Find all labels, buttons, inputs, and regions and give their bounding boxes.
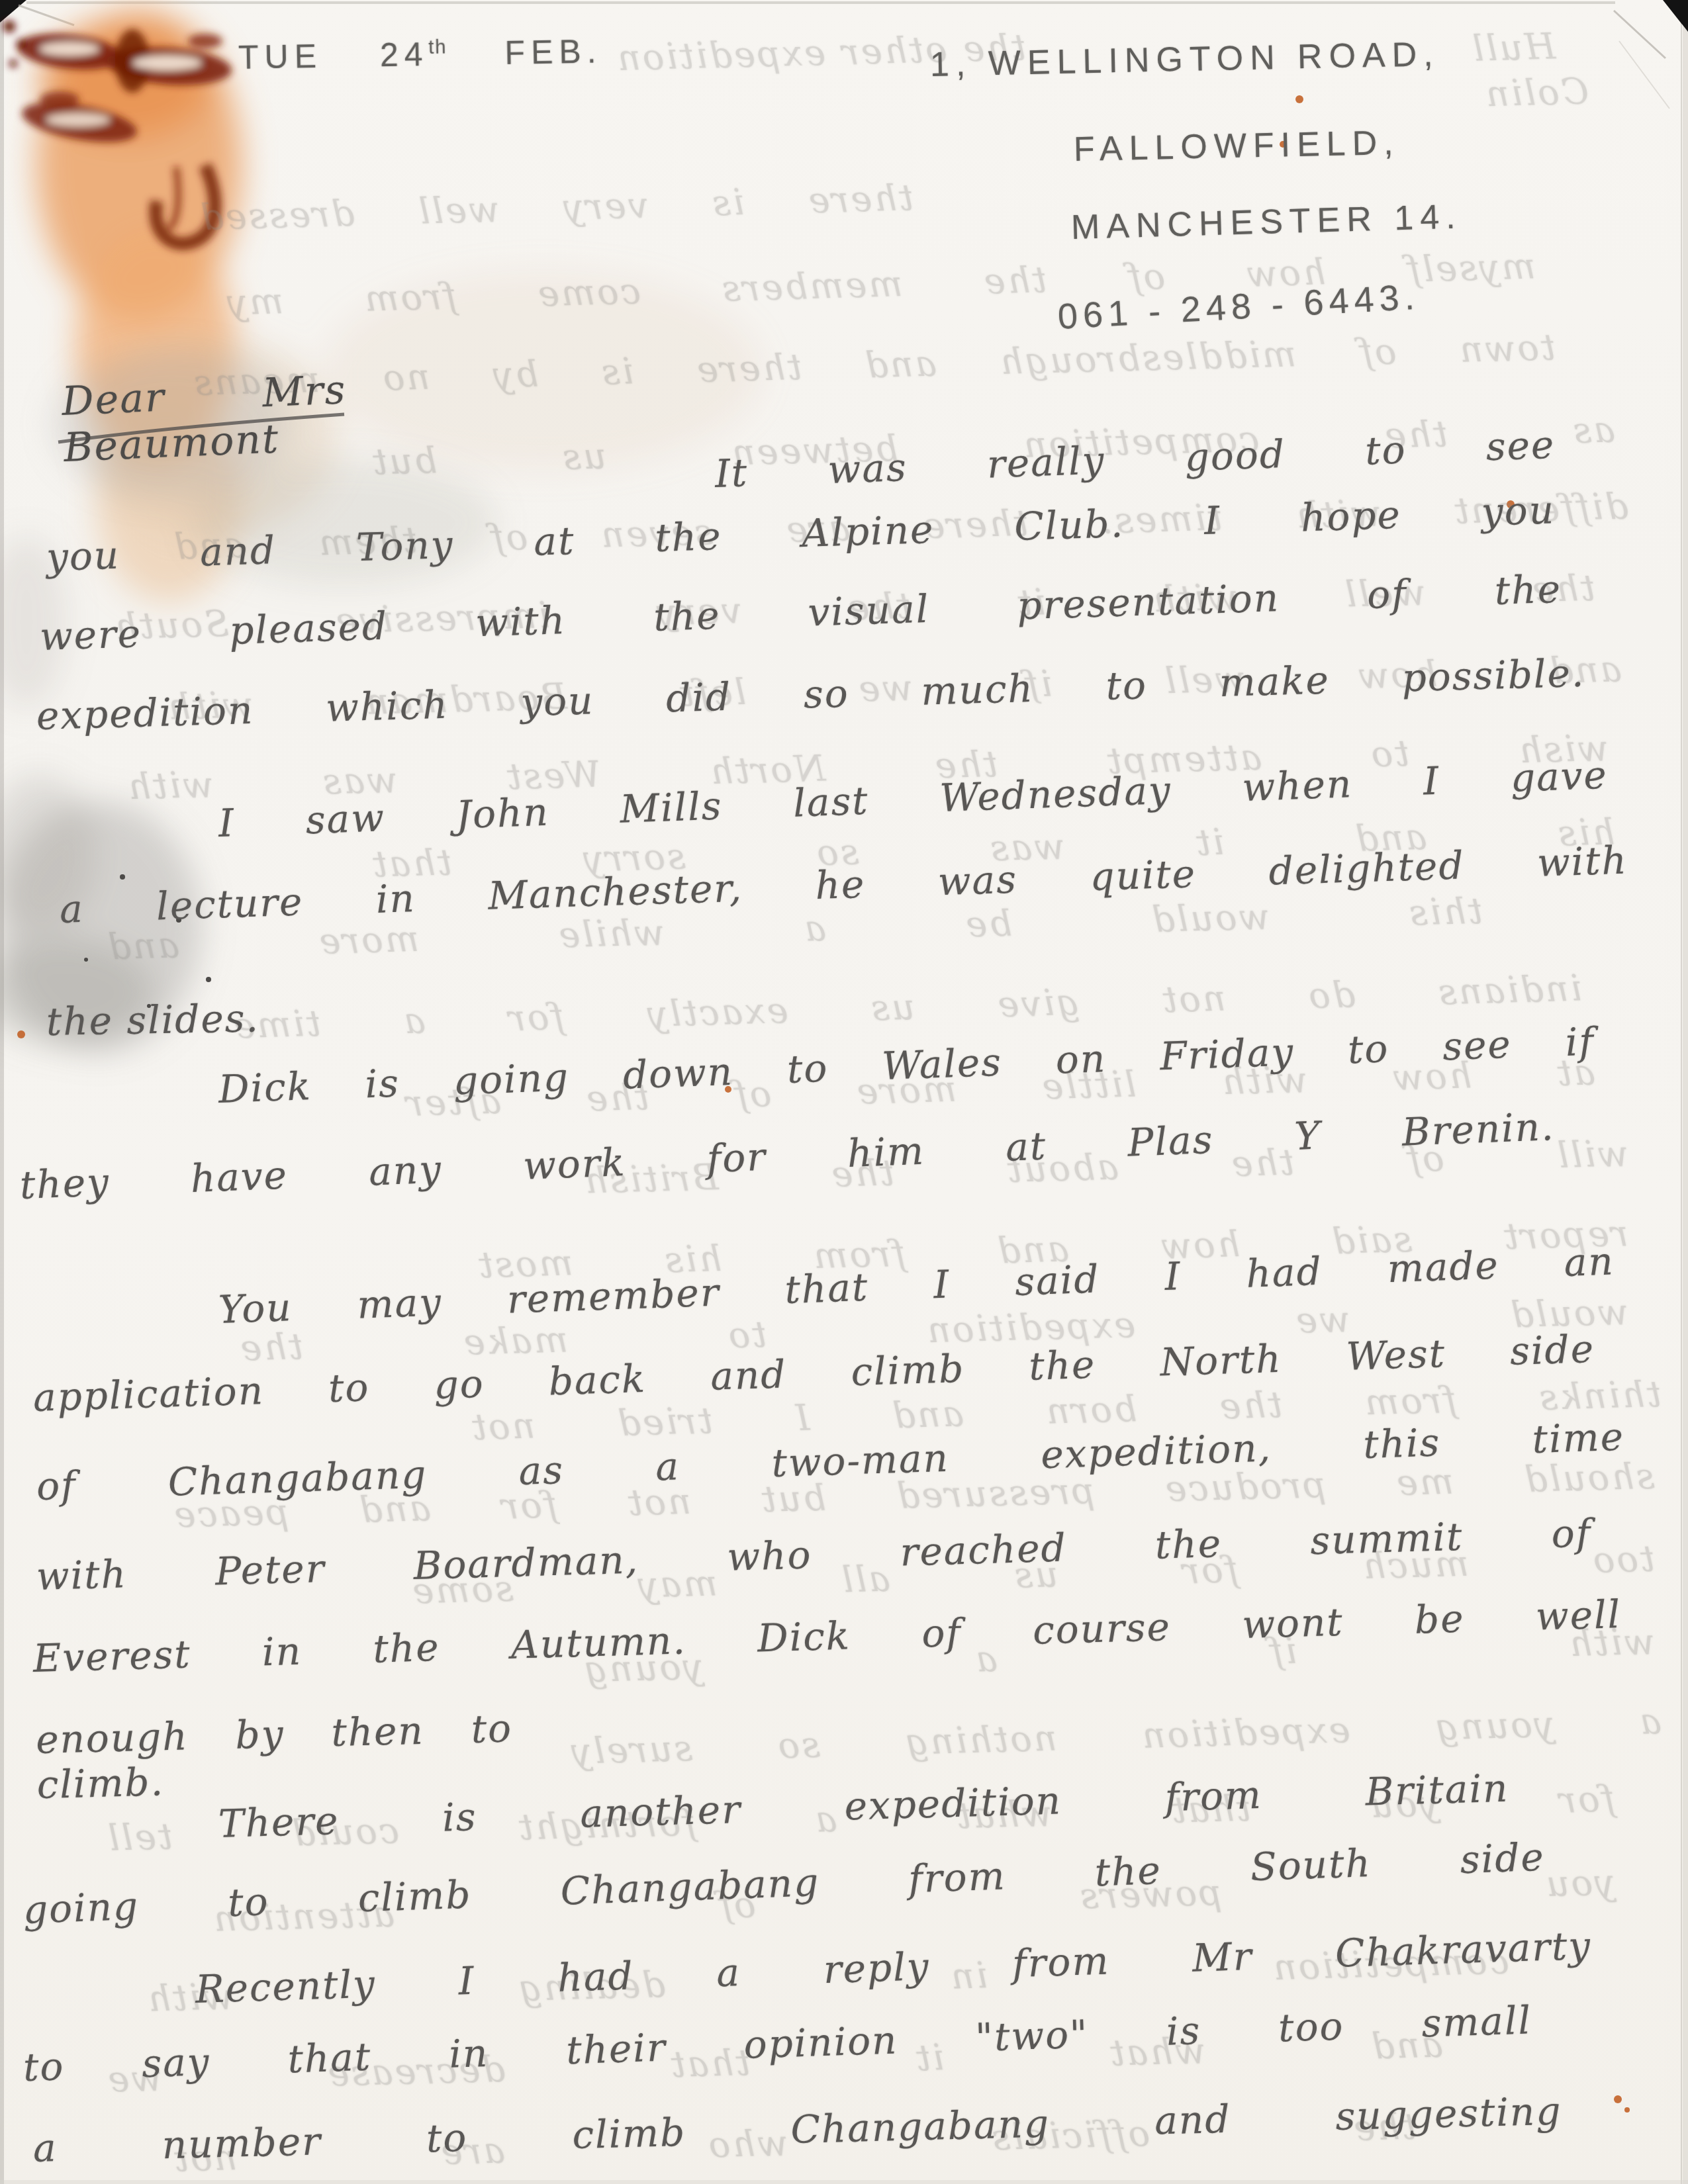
corner-fold-top-right: [1663, 0, 1688, 32]
corner-fold-top-left: [0, 0, 26, 23]
bleedthrough-line: town of middlesbrough and there is by no…: [192, 326, 1556, 404]
body-line: you and Tony at the Alpine Club. I hope …: [46, 487, 1556, 580]
bleedthrough-line: there is very well dressed: [198, 177, 914, 238]
body-line: were pleased with the visual presentatio…: [39, 567, 1562, 659]
bleedthrough-line: a young expedition nothing so surely: [569, 1700, 1662, 1772]
crease-top-right: [1614, 11, 1669, 109]
address-line: MANCHESTER 14.: [1070, 197, 1462, 248]
body-line: enough by then to climb.: [35, 1706, 514, 1807]
date-month: FEB.: [504, 32, 602, 71]
date-line: TUE 24th FEB.: [238, 32, 602, 77]
body-line: expedition which you did so much to make…: [36, 651, 1585, 739]
bleedthrough-line: Colin: [1403, 70, 1589, 116]
date-day: TUE 24: [238, 36, 429, 76]
body-line: the slides.: [46, 995, 271, 1044]
salutation: Dear Mrs Beaumont: [61, 367, 349, 471]
corner-crease-line: [19, 5, 74, 25]
address-line: FALLOWFIELD,: [1073, 123, 1400, 169]
date-ordinal: th: [428, 37, 447, 58]
letter-page: the other expeditionHullColinthere is ve…: [0, 0, 1688, 2184]
